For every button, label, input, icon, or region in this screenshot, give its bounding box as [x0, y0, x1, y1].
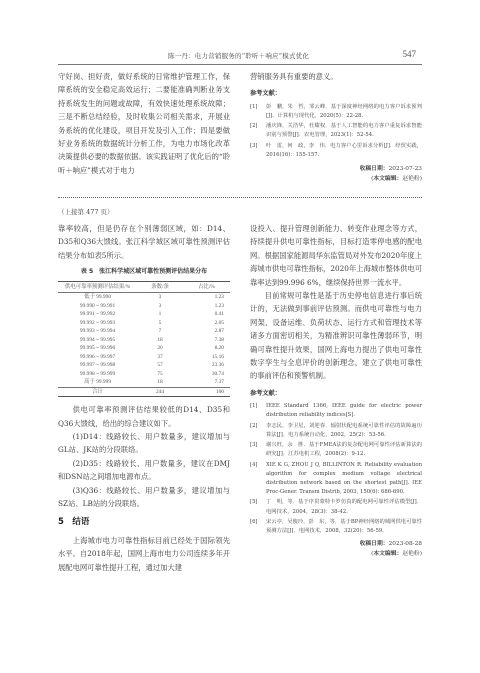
reference-item: [3]谢兴旺，余 胜．基于FMEA法的复杂配电网可靠性评估新算法的研究[J]．江…: [250, 441, 422, 459]
body-paragraph: 目前常规可靠性是基于历史停电信息进行事后统计的，无法做到事前评估预测。而供电可靠…: [250, 289, 422, 383]
bottom-right-column: 设投入、提升管理创新能力、转变作业理念等方式，持续提升供电可靠性指标，目标打造零…: [250, 222, 422, 559]
references-heading: 参考文献：: [250, 387, 422, 400]
body-paragraph: 营销服务具有重要的意义。: [250, 70, 422, 83]
editor-credit: (本文编辑：赵艳粉): [250, 174, 422, 184]
editor-credit: (本文编辑：赵艳粉): [250, 549, 422, 559]
body-paragraph: 上海城市电力可靠性指标目前已经处于国际领先水平。自2018年起，国网上海市电力公…: [58, 534, 230, 574]
table-row: 99.995 ~ 99.996208.20: [58, 344, 230, 353]
reference-item: [1]IEEE Standard 1366, IEEE guide for el…: [250, 402, 422, 420]
body-paragraph: 靠率较高，但是仍存在个别薄弱区域，如：D14、D35和Q36大馈线。张江科学城区…: [58, 222, 230, 262]
article-divider: [58, 197, 422, 198]
table-row: 99.992 ~ 99.99352.05: [58, 319, 230, 328]
table-row: 99.994 ~ 99.995187.38: [58, 336, 230, 345]
received-date: 收稿日期：2023-08-28: [250, 539, 422, 549]
table-row: 99.996 ~ 99.9973715.16: [58, 353, 230, 362]
continuation-note: （上接第 477 页）: [58, 207, 114, 216]
reference-item: [1] 彭 鹏，朱 哲，邹云峰．基于深度神经网络的电力客户诉求预判[J]．计算机…: [250, 103, 422, 121]
table-row: 99.991 ~ 99.99210.41: [58, 310, 230, 319]
reliability-table: 供电可靠率预测评估结果/% 条数/条 占比/% 低于 99.99031.2399…: [58, 281, 230, 398]
reference-item: [2] 潘庆锋，关浩华，杜耀权．基于人工智能的电力客户重复诉求智能识别与预警[J…: [250, 122, 422, 140]
table-row: 低于 99.99031.23: [58, 293, 230, 302]
table-row: 高于 99.999187.37: [58, 378, 230, 387]
suggestion-item: (2)D35：线路较长、用户数量多，建议在DMJ和DSN站之间增加电源布点。: [58, 457, 230, 484]
reference-item: [3] 叶 雷，何 政，李 伟．电力客户心里诉求分析[J]．经贸实践，2016(…: [250, 142, 422, 160]
body-paragraph: 供电可靠率预测评估结果较低的D14、D35和Q36大馈线，给出的综合建议如下。: [58, 403, 230, 430]
table-header-row: 供电可靠率预测评估结果/% 条数/条 占比/%: [58, 281, 230, 293]
top-right-column: 营销服务具有重要的意义。 参考文献： [1] 彭 鹏，朱 哲，邹云峰．基于深度神…: [250, 70, 422, 184]
running-title: 陈一丹：电力营销服务的“聆听＋响应”模式优化: [168, 51, 309, 60]
reference-item: [4]XIE K G, ZHOU J Q, BILLINTON R. Relia…: [250, 461, 422, 498]
section-title: 5 结语: [58, 516, 230, 529]
page-number: 547: [403, 49, 417, 59]
reference-item: [2]李志民，李卫星，刘迎春．辐射状配电系统可靠性评估的故障遍历算法[J]．电力…: [250, 422, 422, 440]
table-row: 99.990 ~ 99.99131.23: [58, 302, 230, 311]
suggestion-item: (3)Q36：线路较长、用户数量多，建议增加与SZ站、LB站的分段联络。: [58, 484, 230, 511]
reference-item: [6]宋云亭，吴俊玲，彭 东，等．基于BP神经网络的城网供电可靠性预测方法[J]…: [250, 518, 422, 536]
table-row: 99.997 ~ 99.9985723.36: [58, 361, 230, 370]
top-left-column: 守好岗、担好责，做好系统的日常维护管理工作，保障系统的安全稳定高效运行；二要能准…: [58, 70, 230, 177]
body-paragraph: 设投入、提升管理创新能力、转变作业理念等方式，持续提升供电可靠性指标，目标打造零…: [250, 222, 422, 289]
table-row: 99.993 ~ 99.99472.87: [58, 327, 230, 336]
table-total-row: 合计244100: [58, 387, 230, 397]
bottom-left-column: 靠率较高，但是仍存在个别薄弱区域，如：D14、D35和Q36大馈线。张江科学城区…: [58, 222, 230, 574]
reference-item: [5]丁 明，等．基于序贯蒙特卡罗仿真的配电网可靠性评估模型[J]．电网技术，2…: [250, 498, 422, 516]
running-header: 陈一丹：电力营销服务的“聆听＋响应”模式优化 547: [58, 46, 422, 65]
body-paragraph: 守好岗、担好责，做好系统的日常维护管理工作，保障系统的安全稳定高效运行；二要能准…: [58, 70, 230, 177]
table-caption: 表 5 张江科学城区域可靠性预测评估结果分布: [58, 265, 230, 278]
received-date: 收稿日期：2023-07-23: [250, 164, 422, 174]
suggestion-item: (1)D14：线路较长、用户数量多，建议增加与GL站、JK站的分段联络。: [58, 430, 230, 457]
table-row: 99.998 ~ 99.9997530.74: [58, 370, 230, 379]
references-heading: 参考文献：: [250, 87, 422, 100]
